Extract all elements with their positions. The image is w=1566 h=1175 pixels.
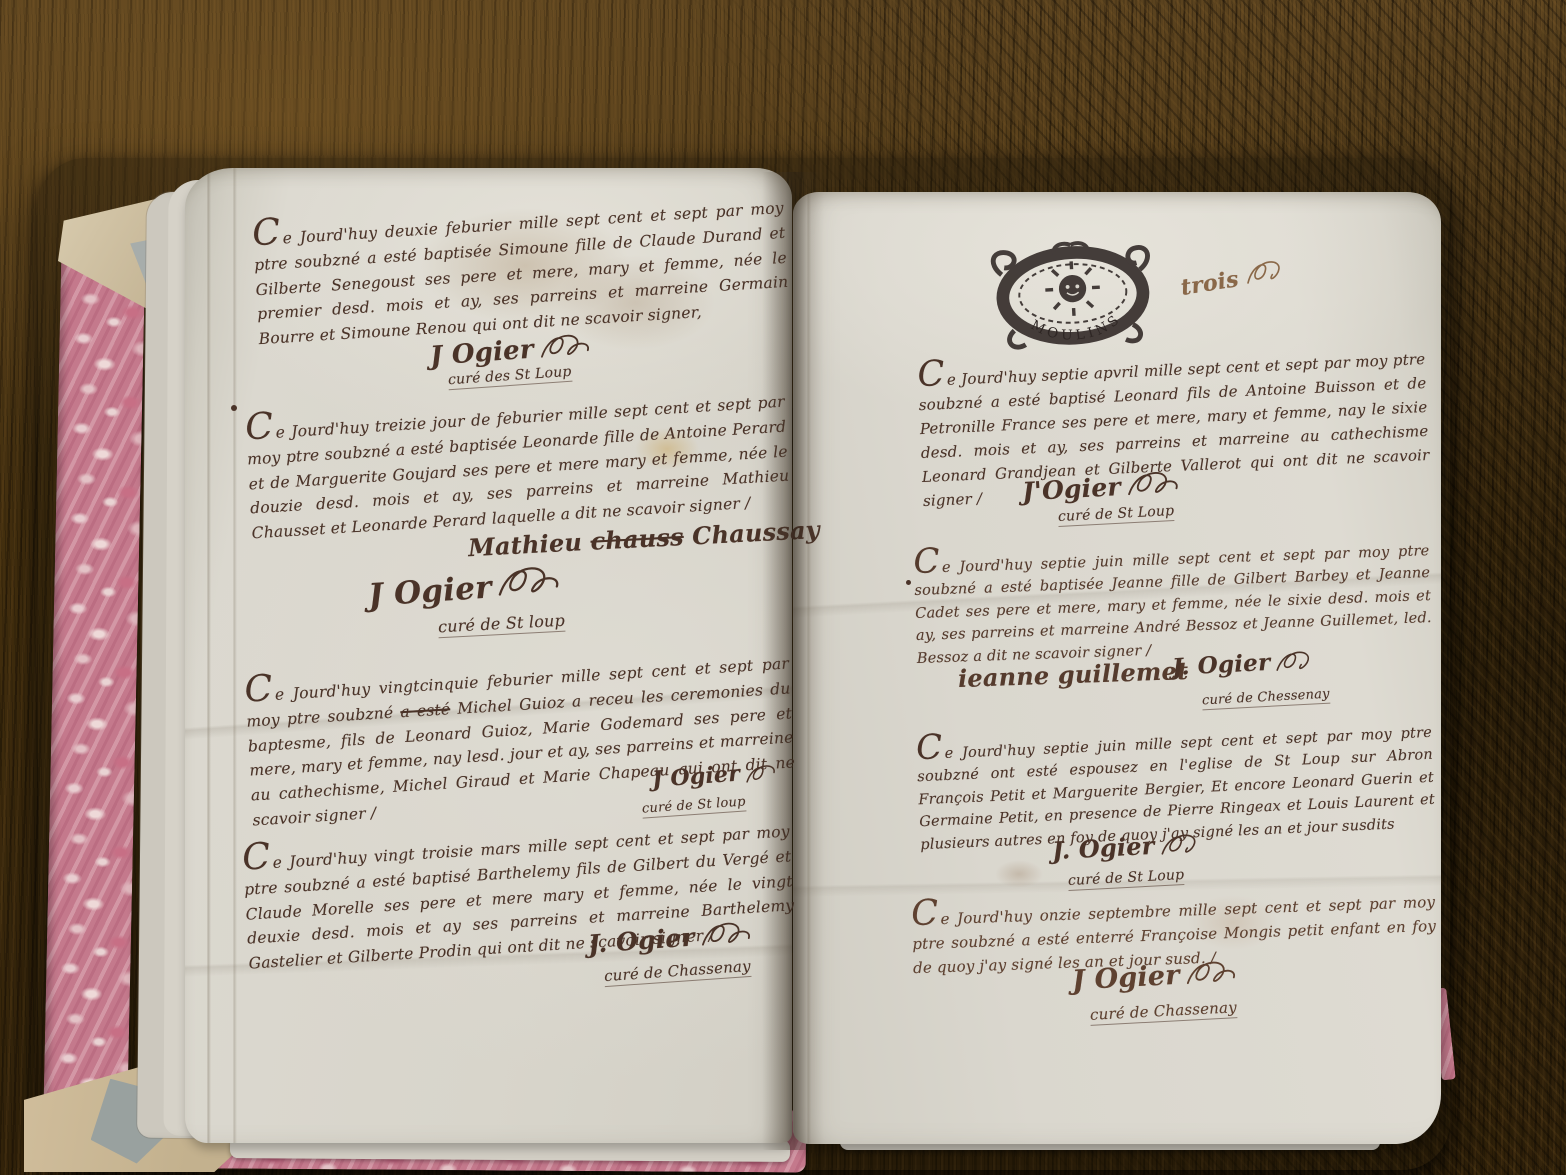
signature-name: J Ogier bbox=[651, 761, 741, 793]
paraph-flourish-icon bbox=[1183, 956, 1243, 992]
paraph-flourish-icon bbox=[1274, 646, 1325, 678]
moulins-tax-stamp-icon: MOULINS bbox=[979, 235, 1163, 356]
struck-word: chauss bbox=[590, 522, 685, 556]
signature-name: J Ogier bbox=[1071, 960, 1180, 997]
photograph-of-parish-register: Ce Jourd'huy deuxie feburier mille sept … bbox=[0, 0, 1566, 1175]
signature-name: J'Ogier bbox=[1021, 472, 1121, 506]
paraph-flourish-icon bbox=[698, 916, 758, 953]
paraph-flourish-icon bbox=[743, 760, 789, 788]
paraph-flourish-icon bbox=[494, 559, 569, 605]
paraph-flourish-icon bbox=[1124, 466, 1186, 503]
signature-name: J Ogier bbox=[429, 335, 535, 372]
struck-word: a esté bbox=[400, 700, 451, 721]
signature-name: J. Ogier bbox=[1171, 649, 1271, 681]
signature-name: J. Ogier bbox=[587, 922, 695, 958]
marginal-dot bbox=[231, 405, 237, 411]
baptism-entry: Ce Jourd'huy septie juin mille sept cent… bbox=[913, 533, 1433, 670]
signature-name: J. Ogier bbox=[1051, 831, 1155, 865]
paraph-flourish-icon bbox=[1158, 829, 1211, 862]
marginal-dot bbox=[906, 580, 911, 585]
paraph-flourish-icon bbox=[536, 328, 596, 365]
